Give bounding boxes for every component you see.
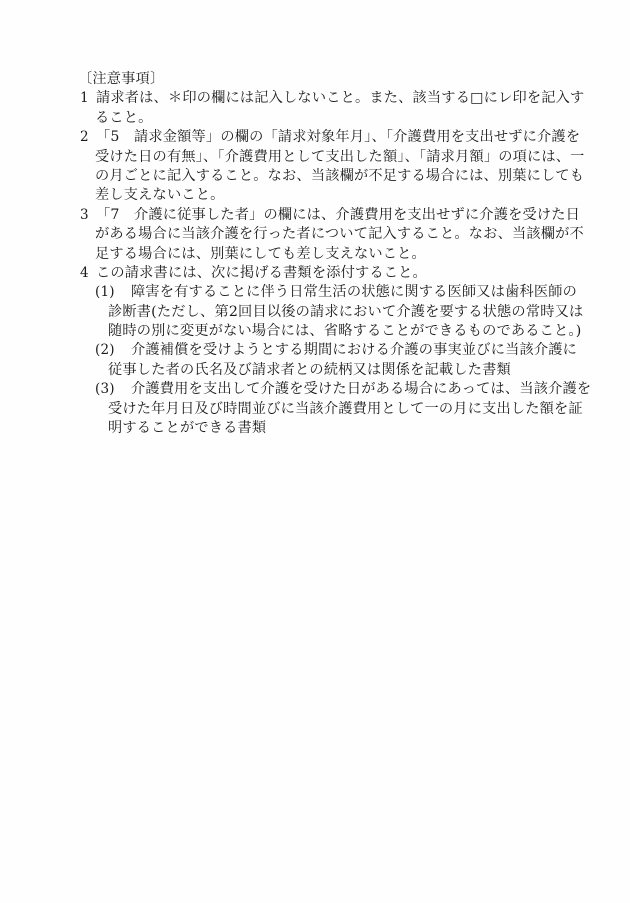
subitem-text: 介護補償を受けようとする期間における介護の事実並びに当該介護に: [131, 342, 577, 358]
note-subitem-3: (3) 介護費用を支出して介護を受けた日がある場合にあっては、当該介護を: [78, 380, 580, 399]
item-text: 受けた日の有無」、「介護費用として支出した額」、「請求月額」の項には、一: [95, 149, 585, 165]
subitem-text: 受けた年月日及び時間並びに当該介護費用として一の月に支出した額を証: [108, 401, 583, 417]
note-item-2-cont: 差し支えないこと。: [78, 186, 580, 205]
notes-section: 〔注意事項〕 1 請求者は、＊印の欄には記入しないこと。また、該当する□にレ印を…: [78, 70, 580, 438]
item-text: 差し支えないこと。: [95, 187, 225, 203]
item-text: の月ごとに記入すること。なお、当該欄が不足する場合には、別葉にしても: [95, 168, 584, 184]
subitem-text: 介護費用を支出して介護を受けた日がある場合にあっては、当該介護を: [131, 381, 591, 397]
item-text: 足する場合には、別葉にしても差し支えないこと。: [95, 246, 426, 262]
note-item-1-cont: ること。: [78, 109, 580, 128]
note-subitem-3-cont: 受けた年月日及び時間並びに当該介護費用として一の月に支出した額を証: [78, 400, 580, 419]
notes-heading: 〔注意事項〕: [78, 70, 580, 89]
item-text: 請求者は、＊印の欄には記入しないこと。また、該当する□にレ印を記入す: [96, 90, 584, 106]
item-text: 「5 請求金額等」の欄の「請求対象年月」、「介護費用を支出せずに介護を: [96, 129, 580, 145]
item-text: がある場合に当該介護を行った者について記入すること。なお、当該欄が不: [95, 226, 584, 242]
note-subitem-2: (2) 介護補償を受けようとする期間における介護の事実並びに当該介護に: [78, 341, 580, 360]
note-subitem-1-cont: 診断書(ただし、第2回目以後の請求において介護を要する状態の常時又は: [78, 303, 580, 322]
subitem-number: (3): [95, 380, 115, 399]
subitem-number: (2): [95, 341, 115, 360]
subitem-number: (1): [95, 283, 115, 302]
subitem-text: 診断書(ただし、第2回目以後の請求において介護を要する状態の常時又は: [108, 304, 583, 320]
note-item-3: 3 「7 介護に従事した者」の欄には、介護費用を支出せずに介護を受けた日: [78, 206, 580, 225]
item-text: この請求書には、次に掲げる書類を添付すること。: [96, 265, 427, 281]
subitem-text: 明することができる書類: [108, 420, 266, 436]
note-subitem-1: (1) 障害を有することに伴う日常生活の状態に関する医師又は歯科医師の: [78, 283, 580, 302]
document-page: 〔注意事項〕 1 請求者は、＊印の欄には記入しないこと。また、該当する□にレ印を…: [0, 0, 630, 903]
subitem-text: 随時の別に変更がない場合には、省略することができるものであること。): [108, 323, 581, 339]
subitem-text: 従事した者の氏名及び請求者との続柄又は関係を記載した書類: [108, 362, 511, 378]
note-item-1: 1 請求者は、＊印の欄には記入しないこと。また、該当する□にレ印を記入す: [78, 89, 580, 108]
note-item-3-cont: がある場合に当該介護を行った者について記入すること。なお、当該欄が不: [78, 225, 580, 244]
note-item-3-cont: 足する場合には、別葉にしても差し支えないこと。: [78, 245, 580, 264]
item-text: 「7 介護に従事した者」の欄には、介護費用を支出せずに介護を受けた日: [96, 207, 580, 223]
note-item-4: 4 この請求書には、次に掲げる書類を添付すること。: [78, 264, 580, 283]
note-subitem-2-cont: 従事した者の氏名及び請求者との続柄又は関係を記載した書類: [78, 361, 580, 380]
item-text: ること。: [95, 110, 153, 126]
subitem-text: 障害を有することに伴う日常生活の状態に関する医師又は歯科医師の: [131, 284, 577, 300]
note-item-2-cont: 受けた日の有無」、「介護費用として支出した額」、「請求月額」の項には、一: [78, 148, 580, 167]
note-item-2-cont: の月ごとに記入すること。なお、当該欄が不足する場合には、別葉にしても: [78, 167, 580, 186]
item-number: 1: [80, 89, 89, 108]
item-number: 3: [80, 206, 89, 225]
item-number: 4: [80, 264, 89, 283]
note-item-2: 2 「5 請求金額等」の欄の「請求対象年月」、「介護費用を支出せずに介護を: [78, 128, 580, 147]
item-number: 2: [80, 128, 89, 147]
note-subitem-1-cont: 随時の別に変更がない場合には、省略することができるものであること。): [78, 322, 580, 341]
note-subitem-3-cont: 明することができる書類: [78, 419, 580, 438]
